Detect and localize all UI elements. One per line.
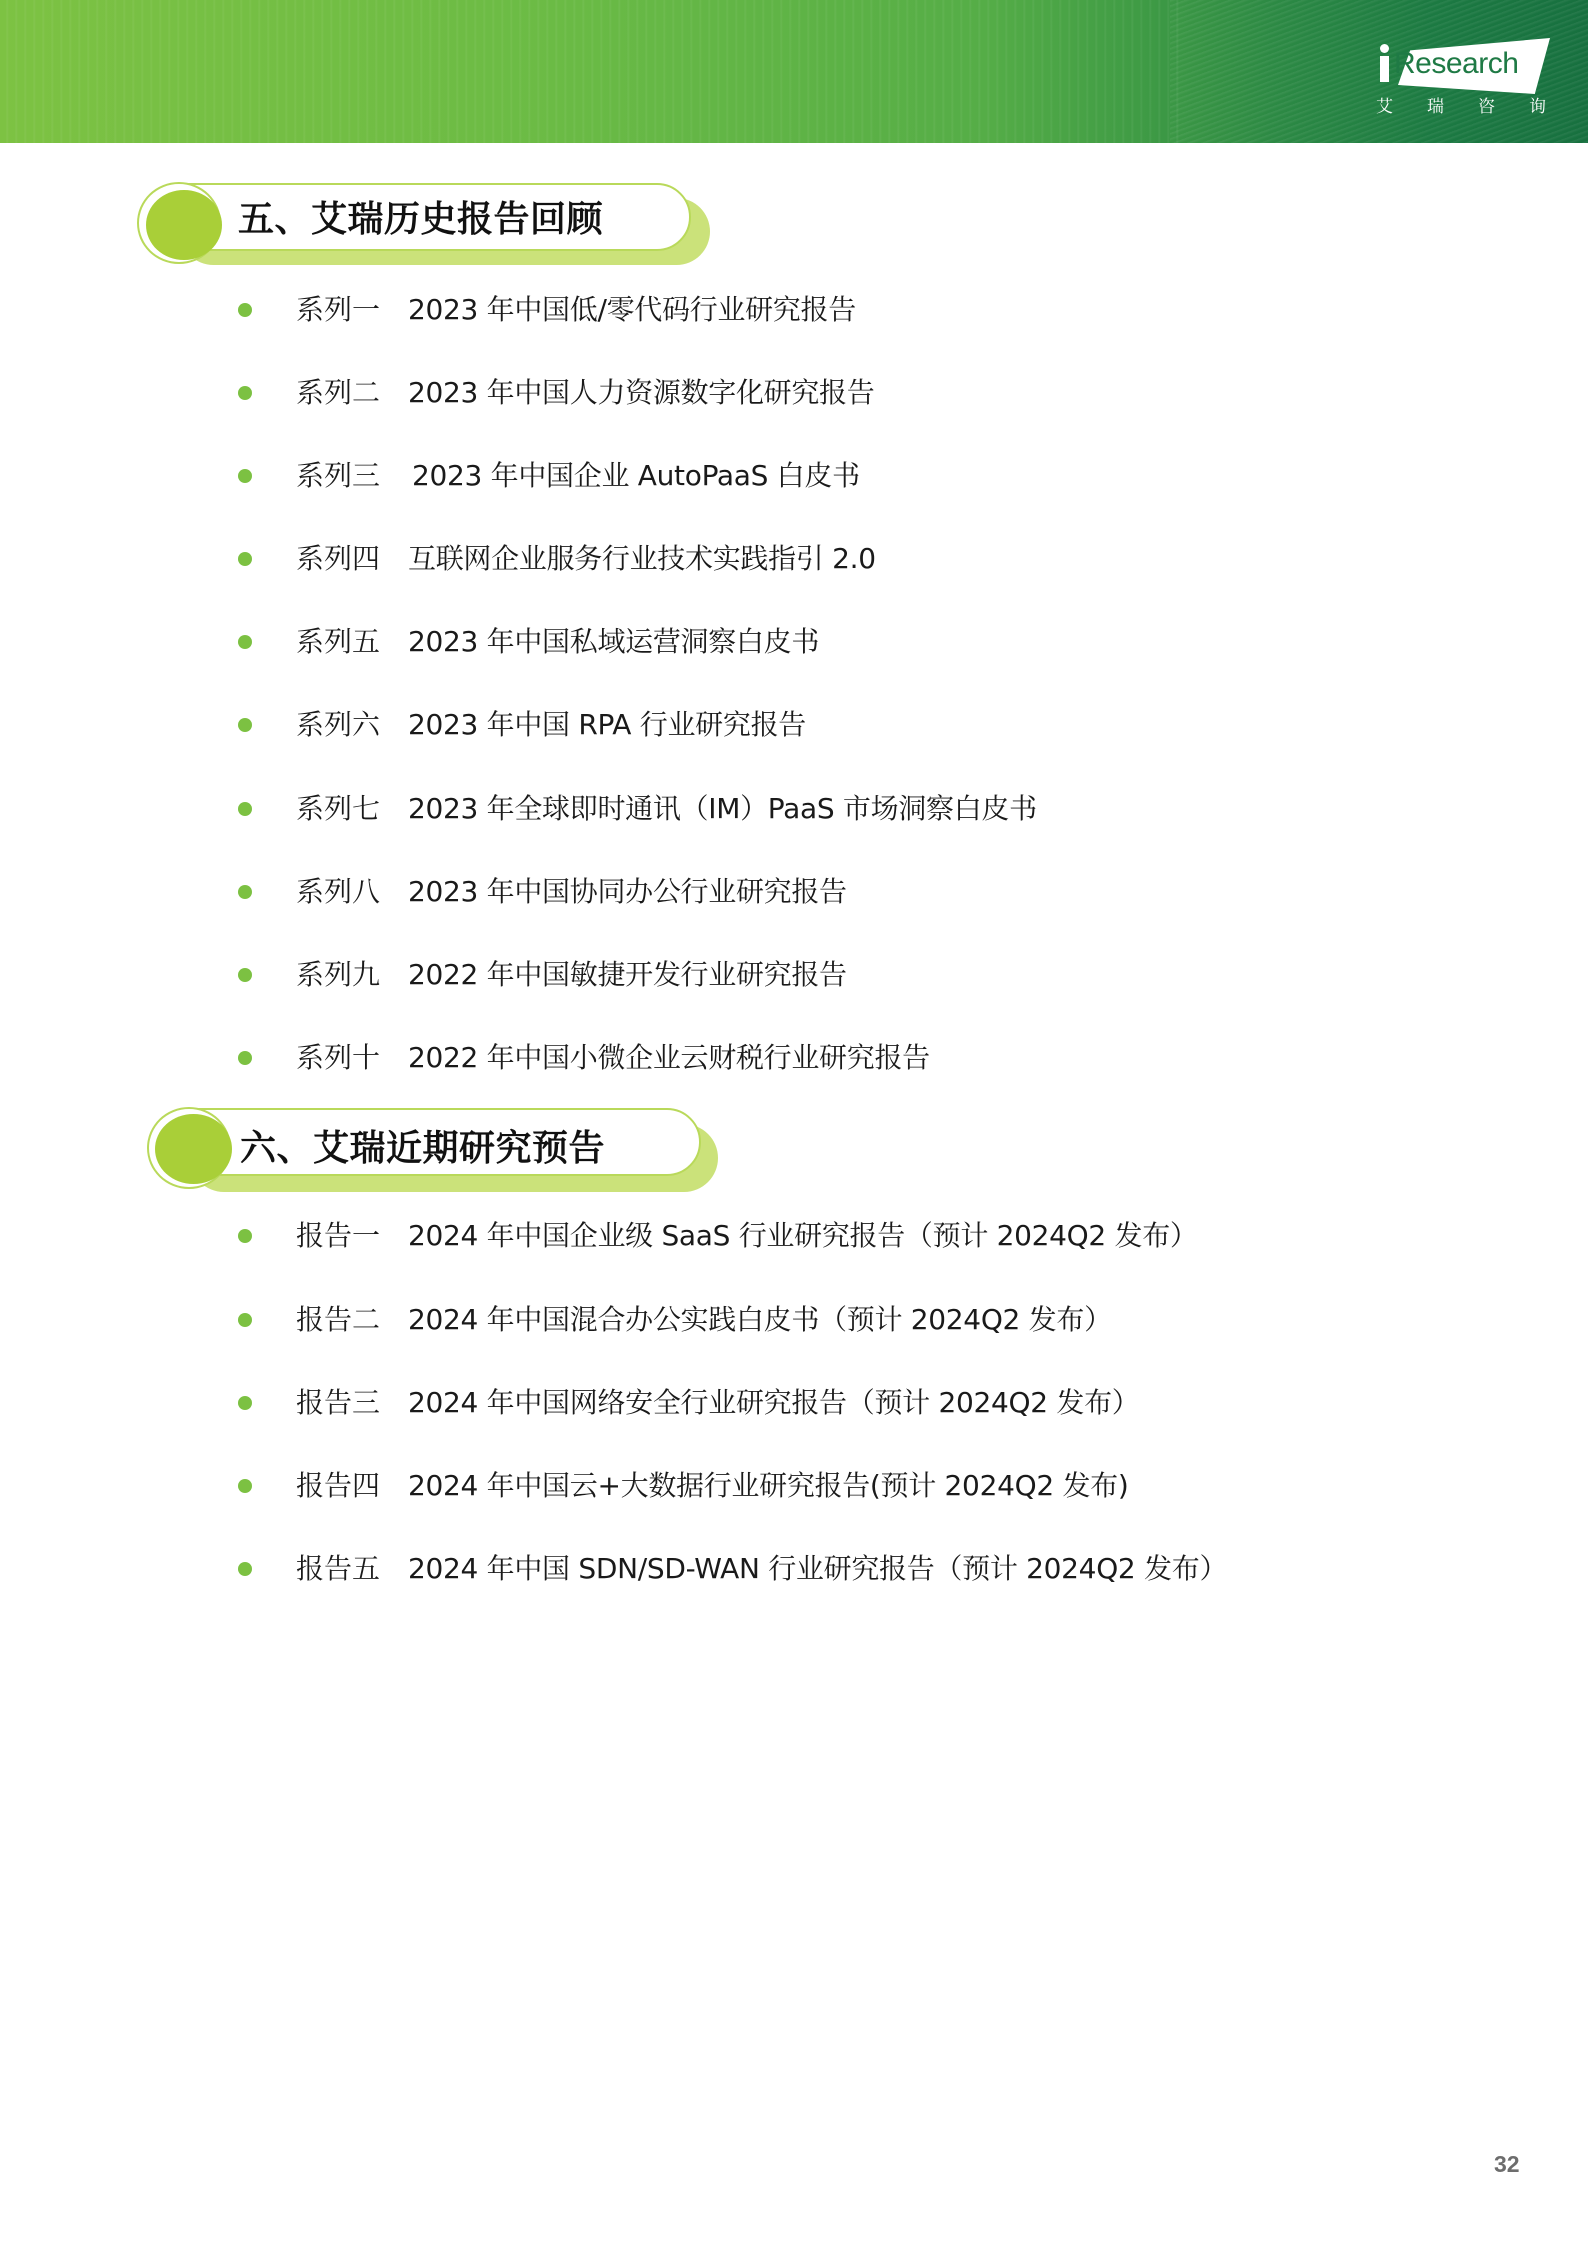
list-item: 报告二 2024 年中国混合办公实践白皮书（预计 2024Q2 发布）: [0, 1300, 1400, 1340]
bullet-icon: [238, 1229, 252, 1243]
bullet-icon: [238, 1313, 252, 1327]
item-title: 2024 年中国 SDN/SD-WAN 行业研究报告（预计 2024Q2 发布）: [408, 1549, 1227, 1589]
list-item: 报告一 2024 年中国企业级 SaaS 行业研究报告（预计 2024Q2 发布…: [0, 1216, 1400, 1256]
item-title: 2024 年中国混合办公实践白皮书（预计 2024Q2 发布）: [408, 1300, 1112, 1340]
item-title: 2024 年中国企业级 SaaS 行业研究报告（预计 2024Q2 发布）: [408, 1216, 1198, 1256]
page-number: 32: [1494, 2150, 1520, 2178]
item-label: 报告五: [296, 1549, 380, 1589]
bullet-icon: [238, 1562, 252, 1576]
item-label: 报告二: [296, 1300, 380, 1340]
section-header-upcoming: 六、艾瑞近期研究预告: [0, 0, 1588, 1220]
item-title: 2024 年中国网络安全行业研究报告（预计 2024Q2 发布）: [408, 1383, 1139, 1423]
item-title: 2024 年中国云+大数据行业研究报告(预计 2024Q2 发布): [408, 1466, 1128, 1506]
bullet-icon: [238, 1479, 252, 1493]
item-label: 报告四: [296, 1466, 380, 1506]
list-item: 报告四 2024 年中国云+大数据行业研究报告(预计 2024Q2 发布): [0, 1466, 1400, 1506]
item-label: 报告三: [296, 1383, 380, 1423]
section-title: 六、艾瑞近期研究预告: [240, 1127, 605, 1171]
list-item: 报告五 2024 年中国 SDN/SD-WAN 行业研究报告（预计 2024Q2…: [0, 1549, 1400, 1589]
list-item: 报告三 2024 年中国网络安全行业研究报告（预计 2024Q2 发布）: [0, 1383, 1400, 1423]
section-header-circle-icon: [155, 1114, 232, 1184]
bullet-icon: [238, 1396, 252, 1410]
item-label: 报告一: [296, 1216, 380, 1256]
